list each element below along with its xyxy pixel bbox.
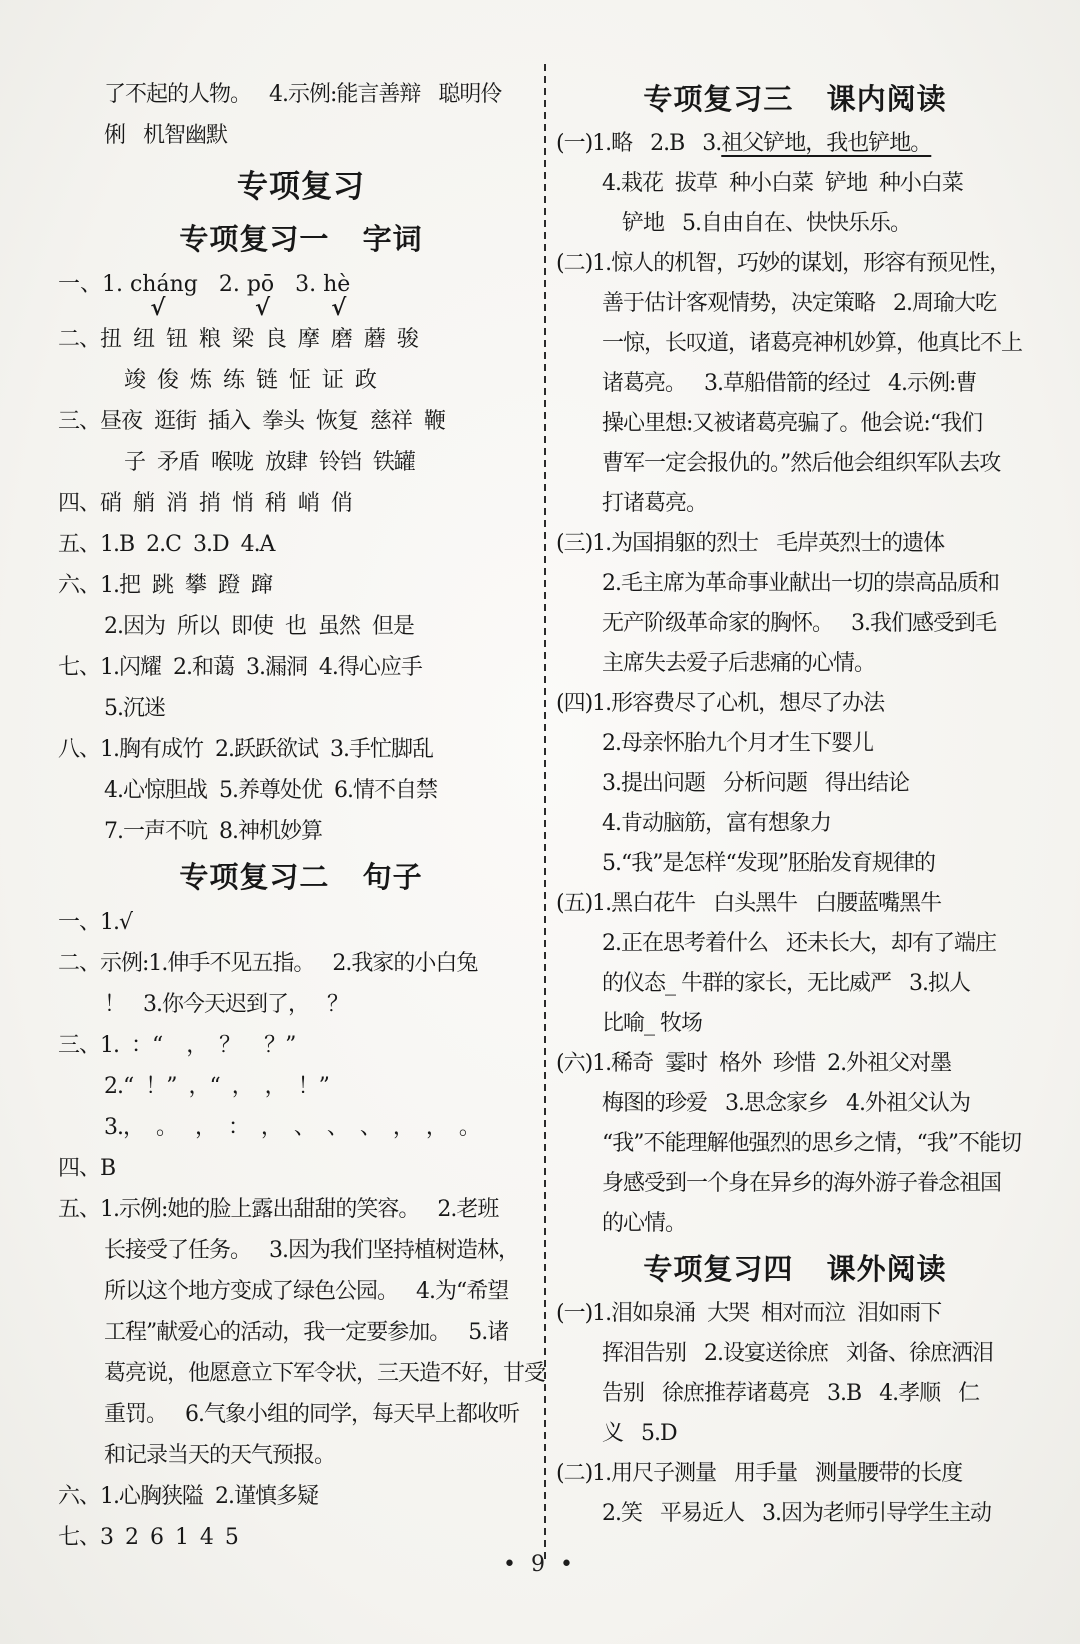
answer-line: 所以这个地方变成了绿色公园。 4.为“希望 <box>58 1271 544 1312</box>
answer-line: ！ 3.你今天迟到了， ？ <box>58 984 544 1025</box>
left-column: 了不起的人物。 4.示例:能言善辩 聪明伶俐 机智幽默专项复习专项复习一 字词一… <box>58 74 544 1558</box>
answer-line: 打诸葛亮。 <box>556 484 1034 524</box>
answer-line: 六、1.把 跳 攀 蹬 蹿 <box>58 565 544 606</box>
check-mark: √ <box>255 287 270 328</box>
pinyin-word: pō√ <box>247 264 274 305</box>
answer-line: 3.提出问题 分析问题 得出结论 <box>556 764 1034 804</box>
answer-line: 工程”献爱心的活动，我一定要参加。 5.诸 <box>58 1312 544 1353</box>
answer-line: 铲地 5.自由自在、快快乐乐。 <box>556 204 1034 244</box>
answer-line: 三、1. ：“ ， ？ ？” <box>58 1025 544 1066</box>
answer-line: 的仪态_ 牛群的家长，无比威严 3.拟人 <box>556 964 1034 1004</box>
answer-line: 告别 徐庶推荐诸葛亮 3.B 4.孝顺 仁 <box>556 1374 1034 1414</box>
answer-line: 子 矛盾 喉咙 放肆 铃铛 铁罐 <box>58 442 544 483</box>
answer-text: 3. <box>274 272 323 297</box>
answer-line: 2.“ ！” ，“ ， ， ！” <box>58 1066 544 1107</box>
answer-line: (六)1.稀奇 霎时 格外 珍惜 2.外祖父对墨 <box>556 1044 1034 1084</box>
answer-line: 7.一声不吭 8.神机妙算 <box>58 811 544 852</box>
answer-line: “我”不能理解他强烈的思乡之情，“我”不能切 <box>556 1124 1034 1164</box>
answer-line: 2.因为 所以 即使 也 虽然 但是 <box>58 606 544 647</box>
answer-line: 长接受了任务。 3.因为我们坚持植树造林， <box>58 1230 544 1271</box>
answer-line: 三、昼夜 逛街 插入 拳头 恢复 慈祥 鞭 <box>58 401 544 442</box>
answer-line: (二)1.用尺子测量 用手量 测量腰带的长度 <box>556 1454 1034 1494</box>
answer-line: 七、1.闪耀 2.和蔼 3.漏洞 4.得心应手 <box>58 647 544 688</box>
answer-line: 一惊，长叹道，诸葛亮神机妙算，他真比不上 <box>556 324 1034 364</box>
sub-section-heading: 专项复习三 课内阅读 <box>556 74 1034 124</box>
answer-text: 一、1. <box>58 272 130 297</box>
answer-line: 四、B <box>58 1148 544 1189</box>
answer-line: 竣 俊 炼 练 链 怔 证 政 <box>58 360 544 401</box>
answer-line: (五)1.黑白花牛 白头黑牛 白腰蓝嘴黑牛 <box>556 884 1034 924</box>
answer-line: 俐 机智幽默 <box>58 115 544 156</box>
pinyin-word: cháng√ <box>130 264 198 305</box>
answer-line: 重罚。 6.气象小组的同学，每天早上都收听 <box>58 1394 544 1435</box>
answer-line: 二、示例:1.伸手不见五指。 2.我家的小白兔 <box>58 943 544 984</box>
right-column: 专项复习三 课内阅读(一)1.略 2.B 3.祖父铲地，我也铲地。4.栽花 拔草… <box>556 74 1034 1534</box>
answer-line: 2.正在思考着什么 还未长大，却有了端庄 <box>556 924 1034 964</box>
answer-line: 2.笑 平易近人 3.因为老师引导学生主动 <box>556 1494 1034 1534</box>
answer-line: 5.沉迷 <box>58 688 544 729</box>
answer-line: 梅图的珍爱 3.思念家乡 4.外祖父认为 <box>556 1084 1034 1124</box>
answer-line: 和记录当天的天气预报。 <box>58 1435 544 1476</box>
answer-line: 4.心惊胆战 5.养尊处优 6.情不自禁 <box>58 770 544 811</box>
main-section-heading: 专项复习 <box>58 160 544 214</box>
pinyin-answer-line: 一、1. cháng√ 2. pō√ 3. hè√ <box>58 264 544 305</box>
answer-line: 无产阶级革命家的胸怀。 3.我们感受到毛 <box>556 604 1034 644</box>
workbook-answer-page: 了不起的人物。 4.示例:能言善辩 聪明伶俐 机智幽默专项复习专项复习一 字词一… <box>0 0 1080 1644</box>
answer-line: 八、1.胸有成竹 2.跃跃欲试 3.手忙脚乱 <box>58 729 544 770</box>
answer-line: 4.肯动脑筋，富有想象力 <box>556 804 1034 844</box>
answer-line: 4.栽花 拔草 种小白菜 铲地 种小白菜 <box>556 164 1034 204</box>
sub-section-heading: 专项复习一 字词 <box>58 214 544 264</box>
answer-line: 了不起的人物。 4.示例:能言善辩 聪明伶 <box>58 74 544 115</box>
answer-line: 五、1.示例:她的脸上露出甜甜的笑容。 2.老班 <box>58 1189 544 1230</box>
answer-text: (一)1.略 2.B 3. <box>556 131 721 156</box>
answer-line: 的心情。 <box>556 1204 1034 1244</box>
sub-section-heading: 专项复习二 句子 <box>58 852 544 902</box>
answer-line: 3.， 。 ， ： ， 、 、 、 ， ， 。 <box>58 1107 544 1148</box>
answer-line: 操心里想:又被诸葛亮骗了。他会说:“我们 <box>556 404 1034 444</box>
answer-line: 四、硝 艄 消 捎 悄 稍 峭 俏 <box>58 483 544 524</box>
underlined-answer: 祖父铲地，我也铲地。 <box>721 131 931 156</box>
answer-line: 挥泪告别 2.设宴送徐庶 刘备、徐庶洒泪 <box>556 1334 1034 1374</box>
answer-line: (二)1.惊人的机智，巧妙的谋划，形容有预见性， <box>556 244 1034 284</box>
answer-line: 主席失去爱子后悲痛的心情。 <box>556 644 1034 684</box>
answer-line: 一、1.√ <box>58 902 544 943</box>
answer-line: 六、1.心胸狭隘 2.谨慎多疑 <box>58 1476 544 1517</box>
answer-line: 2.母亲怀胎九个月才生下婴儿 <box>556 724 1034 764</box>
answer-line: 五、1.B 2.C 3.D 4.A <box>58 524 544 565</box>
answer-line: 诸葛亮。 3.草船借箭的经过 4.示例:曹 <box>556 364 1034 404</box>
answer-line: (三)1.为国捐躯的烈士 毛岸英烈士的遗体 <box>556 524 1034 564</box>
answer-line: 善于估计客观情势，决定策略 2.周瑜大吃 <box>556 284 1034 324</box>
answer-line: 身感受到一个身在异乡的海外游子眷念祖国 <box>556 1164 1034 1204</box>
sub-section-heading: 专项复习四 课外阅读 <box>556 1244 1034 1294</box>
page-number: • 9 • <box>0 1552 1080 1577</box>
answer-line: (一)1.略 2.B 3.祖父铲地，我也铲地。 <box>556 124 1034 164</box>
pinyin-word: hè√ <box>323 264 350 305</box>
answer-line: 比喻_ 牧场 <box>556 1004 1034 1044</box>
check-mark: √ <box>331 287 346 328</box>
answer-line: 葛亮说，他愿意立下军令状，三天造不好，甘受 <box>58 1353 544 1394</box>
answer-text: 2. <box>198 272 247 297</box>
answer-line: 5.“我”是怎样“发现”胚胎发育规律的 <box>556 844 1034 884</box>
answer-line: 曹军一定会报仇的。”然后他会组织军队去攻 <box>556 444 1034 484</box>
answer-line: 义 5.D <box>556 1414 1034 1454</box>
answer-line: (四)1.形容费尽了心机，想尽了办法 <box>556 684 1034 724</box>
column-divider <box>544 64 546 1560</box>
check-mark: √ <box>150 287 165 328</box>
answer-line: 二、扭 纽 钮 粮 梁 良 摩 磨 蘑 骏 <box>58 319 544 360</box>
answer-line: 2.毛主席为革命事业献出一切的崇高品质和 <box>556 564 1034 604</box>
answer-line: (一)1.泪如泉涌 大哭 相对而泣 泪如雨下 <box>556 1294 1034 1334</box>
